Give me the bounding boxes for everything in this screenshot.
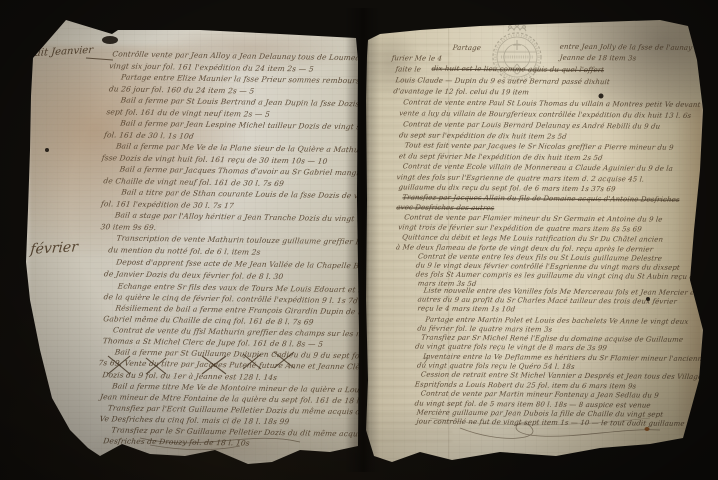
- manuscript-line: Contrat de vente par Louis Bernard Delau…: [403, 121, 661, 130]
- manuscript-line: Gabriel même du Chaille de cinq fol. 161…: [103, 315, 314, 326]
- manuscript-line: dix huit est le lieu comme aquis du quel…: [431, 66, 604, 74]
- torn-edge-highlight: [700, 14, 708, 468]
- manuscript-line: Contrat de vente Ecole villain de Monner…: [402, 163, 673, 172]
- manuscript-line: Thomas a St Michel Clerc de Jupe fol. 16…: [102, 337, 323, 348]
- manuscript-line: de Janvier Dozis du deux février fol. de…: [104, 270, 284, 280]
- manuscript-line: Partage entre Elize Maunier la fsse Prie…: [121, 74, 408, 86]
- manuscript-line: Quittance du débit et legs Me Louis rati…: [402, 234, 664, 243]
- manuscript-line: Partage: [452, 45, 481, 52]
- manuscript-line: 7s 69. Vente du titre par Jacques Putené…: [98, 359, 392, 371]
- manuscript-line: faite le: [395, 66, 421, 73]
- manuscript-line: Jeanne de 18 item 3s: [559, 55, 636, 63]
- manuscript-line: du février fol. le quatre mars item 3s: [417, 326, 553, 334]
- manuscript-line: Transfiez par Jacques Allain du fils de …: [402, 194, 680, 203]
- manuscript-line: du vingt quatre fols reçu le Quéro 54 l.…: [417, 363, 575, 371]
- manuscript-line: vingt trois de février sur l'expédition …: [398, 224, 642, 233]
- manuscript-line: Bail a ferme par Jacques Thomas d'avoir …: [119, 166, 386, 178]
- manuscript-line: de Chaille de vingt neuf fol. 161 de 30 …: [103, 177, 284, 187]
- right-page: Partageentre Jean Jolly de la fsse de l'…: [360, 14, 708, 468]
- manuscript-line: avec Desfriches des autres: [396, 204, 495, 212]
- photo-background: Contrôlle vente par Jean Alloy a Jean De…: [0, 0, 718, 480]
- manuscript-line: Dozis du 9 fol. du 1er à Jeanne est 128 …: [102, 371, 278, 381]
- manuscript-line: du 26 jour fol. 160 du 24 item 2s — 5: [108, 85, 254, 95]
- manuscript-line: Louis Claude — Dupin du 9 es autre Berna…: [395, 77, 610, 86]
- manuscript-line: guillaume du dix reçu du sept fol. de 6 …: [398, 184, 616, 193]
- manuscript-line: Desfriches de Drouzy fol. de 18 l. 10s: [103, 437, 250, 447]
- manuscript-line: du vingt quatre fols reçu le vingt de 8 …: [415, 343, 608, 352]
- manuscript-line: vente a luy du villain de Bourgferieux c…: [399, 110, 692, 120]
- manuscript-line: fol. 161 de 30 l. 1s 10d: [104, 131, 195, 140]
- manuscript-line: reçu le 4 mars item 1s 10d: [417, 306, 516, 314]
- handwritten-text-block: Contrôlle vente par Jean Alloy a Jean De…: [17, 16, 362, 473]
- manuscript-line: 30 item 9s 69.: [100, 223, 157, 231]
- manuscript-line: vingt six jour fol. 161 l'expédition du …: [109, 62, 314, 73]
- margin-note: février: [30, 239, 79, 258]
- manuscript-line: Contrat de vente par Flamier mineur du S…: [404, 214, 663, 223]
- manuscript-line: Contrôlle vente par Jean Alloy a Jean De…: [112, 50, 378, 62]
- manuscript-line: Bail a ferme par St Louis Bertrand a Jea…: [120, 97, 394, 109]
- manuscript-line: Tout est fait vente par Jacques le Sr Ni…: [404, 142, 673, 151]
- manuscript-line: entre Jean Jolly de la fsse de l'aunay p…: [559, 44, 717, 52]
- manuscript-line: Cession de retrait entre St Michel Vanni…: [420, 372, 706, 381]
- left-page: Contrôlle vente par Jean Alloy a Jean De…: [24, 16, 362, 468]
- manuscript-line: Bail a ferme par Jean Lespine Michel tai…: [120, 120, 373, 131]
- margin-note: Suit Jeanvier: [27, 45, 93, 60]
- manuscript-line: jour contrôllé ne fut de vingt sept item…: [416, 419, 685, 428]
- manuscript-line: du sept sur l'expédition de dix huit ite…: [399, 132, 568, 140]
- manuscript-line: Contrat de vente par Martin mineur Fonte…: [420, 391, 659, 400]
- manuscript-line: furier Me le 4: [391, 55, 442, 62]
- manuscript-line: Ve Desfriches du cinq fol. mais ci de 18…: [99, 415, 290, 425]
- manuscript-line: vingt des fols sur l'Esgrienne de quatre…: [396, 174, 644, 183]
- manuscript-line: fol. 161 l'expédition de 30 l. 7s 17: [101, 200, 235, 210]
- manuscript-line: et du sept février Me l'expédition de di…: [398, 153, 603, 162]
- manuscript-line: Contrat de vente entre Paul St Louis Tho…: [403, 99, 701, 109]
- manuscript-line: sept fol. 161 du de vingt neuf item 2s —…: [106, 108, 270, 118]
- manuscript-line: d'avantage le 12 fol. celui du 19 item: [393, 88, 529, 96]
- handwritten-text-block: Partageentre Jean Jolly de la fsse de l'…: [356, 14, 708, 471]
- manuscript-line: du mention du notté fol. de 6 l. item 2s: [108, 246, 261, 256]
- manuscript-line: fsse Dozis de vingt huit fol. 161 reçu d…: [101, 154, 328, 165]
- manuscript-line: Bail a titre par de Sthan courante Louis…: [121, 189, 374, 200]
- margin-note: 7: [423, 356, 429, 365]
